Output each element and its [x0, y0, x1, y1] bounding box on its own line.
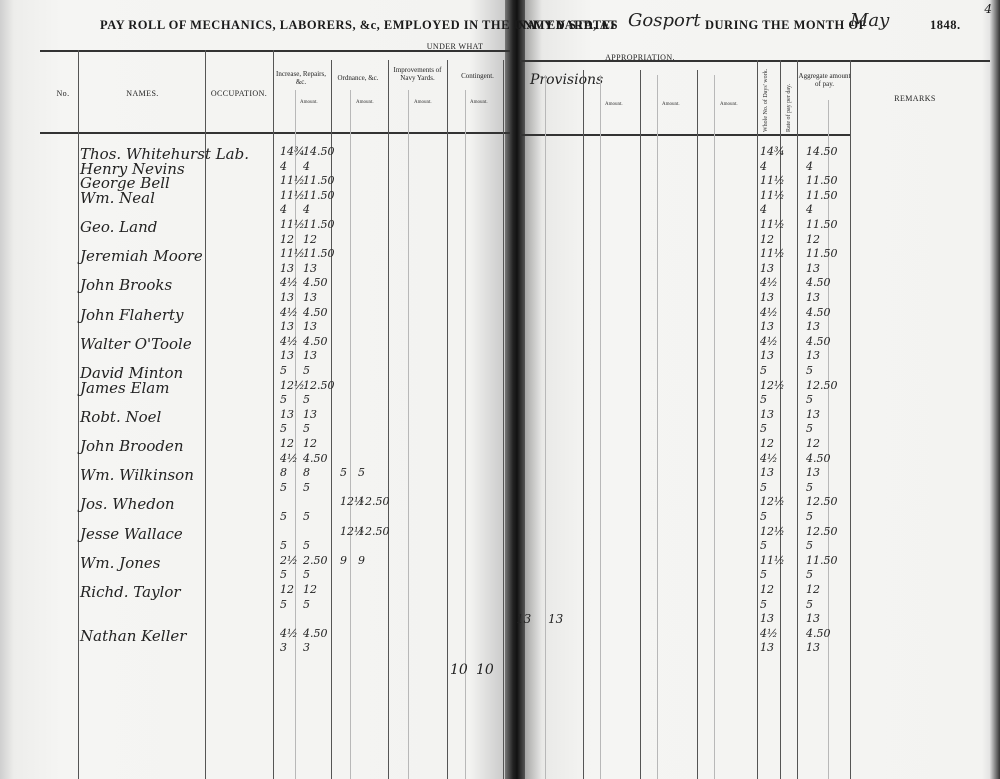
whole-days: 5: [760, 422, 767, 435]
worker-name: Walter O'Toole: [80, 335, 192, 353]
amount: 5: [303, 539, 310, 552]
book-gutter: [505, 0, 525, 779]
amount: 13: [303, 320, 317, 333]
days-worked: 4½: [280, 627, 298, 640]
aggregate-pay: 4: [806, 203, 813, 216]
right-page: [512, 0, 1000, 779]
amount: 5: [303, 568, 310, 581]
ordnance-amount: 12.50: [358, 495, 390, 508]
whole-days: 11½: [760, 218, 785, 231]
amount: 11.50: [303, 174, 335, 187]
col-divider: [388, 60, 389, 779]
aggregate-pay: 11.50: [806, 554, 838, 567]
aggregate-pay: 13: [806, 612, 820, 625]
aggregate-pay: 5: [806, 568, 813, 581]
aggregate-pay: 11.50: [806, 218, 838, 231]
amount: 5: [303, 393, 310, 406]
days-worked: 12: [280, 233, 294, 246]
aggregate-pay: 4.50: [806, 627, 831, 640]
aggregate-pay: 5: [806, 539, 813, 552]
amount: 12.50: [303, 379, 335, 392]
days-worked: 12½: [280, 379, 305, 392]
days-worked: 5: [280, 364, 287, 377]
days-worked: 8: [280, 466, 287, 479]
col-divider: [273, 50, 274, 779]
amount: 4.50: [303, 627, 328, 640]
aggregate-pay: 11.50: [806, 174, 838, 187]
aggregate-pay: 4.50: [806, 276, 831, 289]
aggregate-pay: 12.50: [806, 495, 838, 508]
whole-days: 11½: [760, 554, 785, 567]
worker-name: Wm. Neal: [80, 189, 155, 207]
whole-days: 5: [760, 598, 767, 611]
aggregate-pay: 13: [806, 291, 820, 304]
aggregate-pay: 4.50: [806, 335, 831, 348]
col-divider: [780, 60, 781, 779]
col-divider: [78, 50, 79, 779]
amount: 5: [303, 364, 310, 377]
amount: 5: [303, 510, 310, 523]
aggregate-pay: 14.50: [806, 145, 838, 158]
header-remarks: REMARKS: [850, 95, 980, 103]
amount: 5: [303, 481, 310, 494]
whole-days: 13: [760, 466, 774, 479]
whole-days: 12½: [760, 495, 785, 508]
whole-days: 5: [760, 364, 767, 377]
whole-days: 12: [760, 437, 774, 450]
worker-name: Wm. Jones: [80, 554, 160, 572]
amount: 5: [303, 422, 310, 435]
days-worked: 4: [280, 160, 287, 173]
col-divider: [503, 60, 504, 779]
worker-name: Nathan Keller: [80, 627, 186, 645]
amount-label: Amount.: [662, 102, 680, 107]
col-divider: [657, 75, 658, 779]
amount: 5: [303, 598, 310, 611]
amount: 4.50: [303, 452, 328, 465]
days-worked: 5: [280, 598, 287, 611]
aggregate-pay: 5: [806, 364, 813, 377]
aggregate-pay: 13: [806, 466, 820, 479]
days-worked: 4½: [280, 306, 298, 319]
days-worked: 4½: [280, 452, 298, 465]
amount: 2.50: [303, 554, 328, 567]
aggregate-pay: 13: [806, 641, 820, 654]
whole-days: 13: [760, 320, 774, 333]
days-worked: 5: [280, 481, 287, 494]
whole-days: 12½: [760, 379, 785, 392]
header-improvements: Improvements of Navy Yards.: [390, 66, 445, 82]
amount-label: Amount.: [414, 100, 432, 105]
amount: 4: [303, 203, 310, 216]
days-worked: 4: [280, 203, 287, 216]
ordnance-amount: 9: [358, 554, 365, 567]
amount: 13: [303, 408, 317, 421]
worker-name: John Brooden: [80, 437, 184, 455]
header-no: No.: [48, 90, 78, 98]
header-aggregate: Aggregate amount of pay.: [797, 72, 852, 88]
worker-name: Jeremiah Moore: [80, 247, 203, 265]
whole-days: 12: [760, 233, 774, 246]
whole-days: 13: [760, 612, 774, 625]
place-handwritten: Gosport: [628, 10, 701, 31]
col-divider: [714, 75, 715, 779]
days-worked: 11½: [280, 247, 305, 260]
amount: 4.50: [303, 276, 328, 289]
col-divider: [583, 70, 584, 779]
worker-name: James Elam: [80, 379, 169, 397]
days-worked: 4½: [280, 335, 298, 348]
days-worked: 14¾: [280, 145, 305, 158]
aggregate-pay: 12: [806, 233, 820, 246]
col-divider: [408, 90, 409, 779]
whole-days: 13: [760, 291, 774, 304]
amount-label: Amount.: [720, 102, 738, 107]
header-ordnance: Ordnance, &c.: [333, 74, 383, 82]
whole-days: 13: [760, 408, 774, 421]
days-worked: 5: [280, 393, 287, 406]
whole-days: 13: [760, 349, 774, 362]
aggregate-pay: 13: [806, 320, 820, 333]
aggregate-pay: 5: [806, 393, 813, 406]
whole-days: 4½: [760, 335, 778, 348]
ordnance-days: 5: [340, 466, 347, 479]
year: 1848.: [930, 18, 961, 33]
whole-days: 4½: [760, 627, 778, 640]
worker-name: Robt. Noel: [80, 408, 161, 426]
aggregate-pay: 5: [806, 510, 813, 523]
whole-days: 4½: [760, 452, 778, 465]
amount: 11.50: [303, 218, 335, 231]
header-increase-repairs: Increase, Repairs, &c.: [276, 70, 326, 86]
col-divider: [350, 90, 351, 779]
days-worked: 11½: [280, 174, 305, 187]
amount: 13: [303, 291, 317, 304]
amount: 11.50: [303, 189, 335, 202]
title-right: NAVY YARD, AT: [517, 18, 617, 33]
aggregate-pay: 13: [806, 262, 820, 275]
col-divider: [545, 75, 546, 779]
days-worked: 11½: [280, 218, 305, 231]
whole-days: 13: [760, 641, 774, 654]
whole-days: 11½: [760, 174, 785, 187]
days-worked: 5: [280, 510, 287, 523]
days-worked: 12: [280, 583, 294, 596]
whole-days: 13: [760, 262, 774, 275]
aggregate-pay: 4.50: [806, 452, 831, 465]
days-worked: 5: [280, 422, 287, 435]
amount: 4: [303, 160, 310, 173]
col-divider: [600, 75, 601, 779]
header-names: NAMES.: [80, 90, 205, 98]
days-worked: 4½: [280, 276, 298, 289]
amount: 4.50: [303, 335, 328, 348]
amount: 11.50: [303, 247, 335, 260]
whole-days: 11½: [760, 247, 785, 260]
page-number: 4: [984, 2, 992, 16]
whole-days: 12: [760, 583, 774, 596]
worker-name: Jos. Whedon: [80, 495, 175, 513]
whole-days: 5: [760, 539, 767, 552]
col-divider: [331, 60, 332, 779]
amount: 13: [303, 262, 317, 275]
provisions-handwritten: Provisions: [530, 72, 603, 88]
col-divider: [640, 70, 641, 779]
page-edge: [990, 0, 1000, 779]
whole-days: 14¾: [760, 145, 785, 158]
worker-name: John Brooks: [80, 276, 172, 294]
worker-name: John Flaherty: [80, 306, 184, 324]
whole-days: 4: [760, 160, 767, 173]
days-worked: 13: [280, 408, 294, 421]
left-page: [0, 0, 512, 779]
days-worked: 5: [280, 568, 287, 581]
col-divider: [697, 70, 698, 779]
amount: 12: [303, 233, 317, 246]
days-worked: 2½: [280, 554, 298, 567]
days-worked: 11½: [280, 189, 305, 202]
whole-days: 4½: [760, 276, 778, 289]
days-worked: 5: [280, 539, 287, 552]
worker-name: Geo. Land: [80, 218, 157, 236]
whole-days: 5: [760, 510, 767, 523]
aggregate-pay: 13: [806, 408, 820, 421]
aggregate-pay: 12.50: [806, 379, 838, 392]
header-bottom-rule-right: [520, 134, 850, 136]
header-under-what: UNDER WHAT: [400, 43, 510, 51]
col-divider: [850, 60, 851, 779]
footer-days: 10: [450, 662, 468, 678]
days-worked: 13: [280, 349, 294, 362]
whole-days: 11½: [760, 189, 785, 202]
days-worked: 13: [280, 291, 294, 304]
whole-days: 5: [760, 393, 767, 406]
aggregate-pay: 5: [806, 422, 813, 435]
provisions-days: 13: [516, 612, 531, 626]
col-divider: [797, 60, 798, 779]
amount: 3: [303, 641, 310, 654]
whole-days: 12½: [760, 525, 785, 538]
footer-amount: 10: [476, 662, 494, 678]
whole-days: 5: [760, 568, 767, 581]
provisions-amount: 13: [548, 612, 563, 626]
aggregate-pay: 12.50: [806, 525, 838, 538]
col-divider: [757, 60, 758, 779]
amount-label: Amount.: [300, 100, 318, 105]
whole-days: 4½: [760, 306, 778, 319]
amount-label: Amount.: [470, 100, 488, 105]
amount-label: Amount.: [356, 100, 374, 105]
days-worked: 12: [280, 437, 294, 450]
aggregate-pay: 12: [806, 583, 820, 596]
whole-days: 5: [760, 481, 767, 494]
header-occupation: OCCUPATION.: [205, 90, 273, 98]
header-contingent: Contingent.: [450, 72, 505, 80]
worker-name: Richd. Taylor: [80, 583, 181, 601]
days-worked: 13: [280, 320, 294, 333]
col-divider: [828, 100, 829, 779]
amount-label: Amount.: [605, 102, 623, 107]
amount: 12: [303, 583, 317, 596]
whole-days: 4: [760, 203, 767, 216]
amount: 14.50: [303, 145, 335, 158]
aggregate-pay: 11.50: [806, 247, 838, 260]
ordnance-amount: 5: [358, 466, 365, 479]
aggregate-pay: 13: [806, 349, 820, 362]
amount: 8: [303, 466, 310, 479]
header-whole-days: Whole No. of Days' work.: [763, 62, 769, 132]
month-handwritten: May: [850, 10, 889, 31]
ordnance-amount: 12.50: [358, 525, 390, 538]
worker-name: Wm. Wilkinson: [80, 466, 194, 484]
aggregate-pay: 4: [806, 160, 813, 173]
amount: 4.50: [303, 306, 328, 319]
header-bottom-rule: [40, 132, 510, 134]
aggregate-pay: 5: [806, 481, 813, 494]
col-divider: [447, 60, 448, 779]
ordnance-days: 9: [340, 554, 347, 567]
aggregate-pay: 5: [806, 598, 813, 611]
days-worked: 13: [280, 262, 294, 275]
amount: 13: [303, 349, 317, 362]
amount: 12: [303, 437, 317, 450]
days-worked: 3: [280, 641, 287, 654]
header-appropriation: APPROPRIATION.: [580, 54, 700, 62]
aggregate-pay: 4.50: [806, 306, 831, 319]
aggregate-pay: 12: [806, 437, 820, 450]
header-rate: Rate of pay per day.: [786, 62, 792, 132]
worker-name: Jesse Wallace: [80, 525, 183, 543]
during-label: DURING THE MONTH OF: [705, 18, 867, 33]
aggregate-pay: 11.50: [806, 189, 838, 202]
